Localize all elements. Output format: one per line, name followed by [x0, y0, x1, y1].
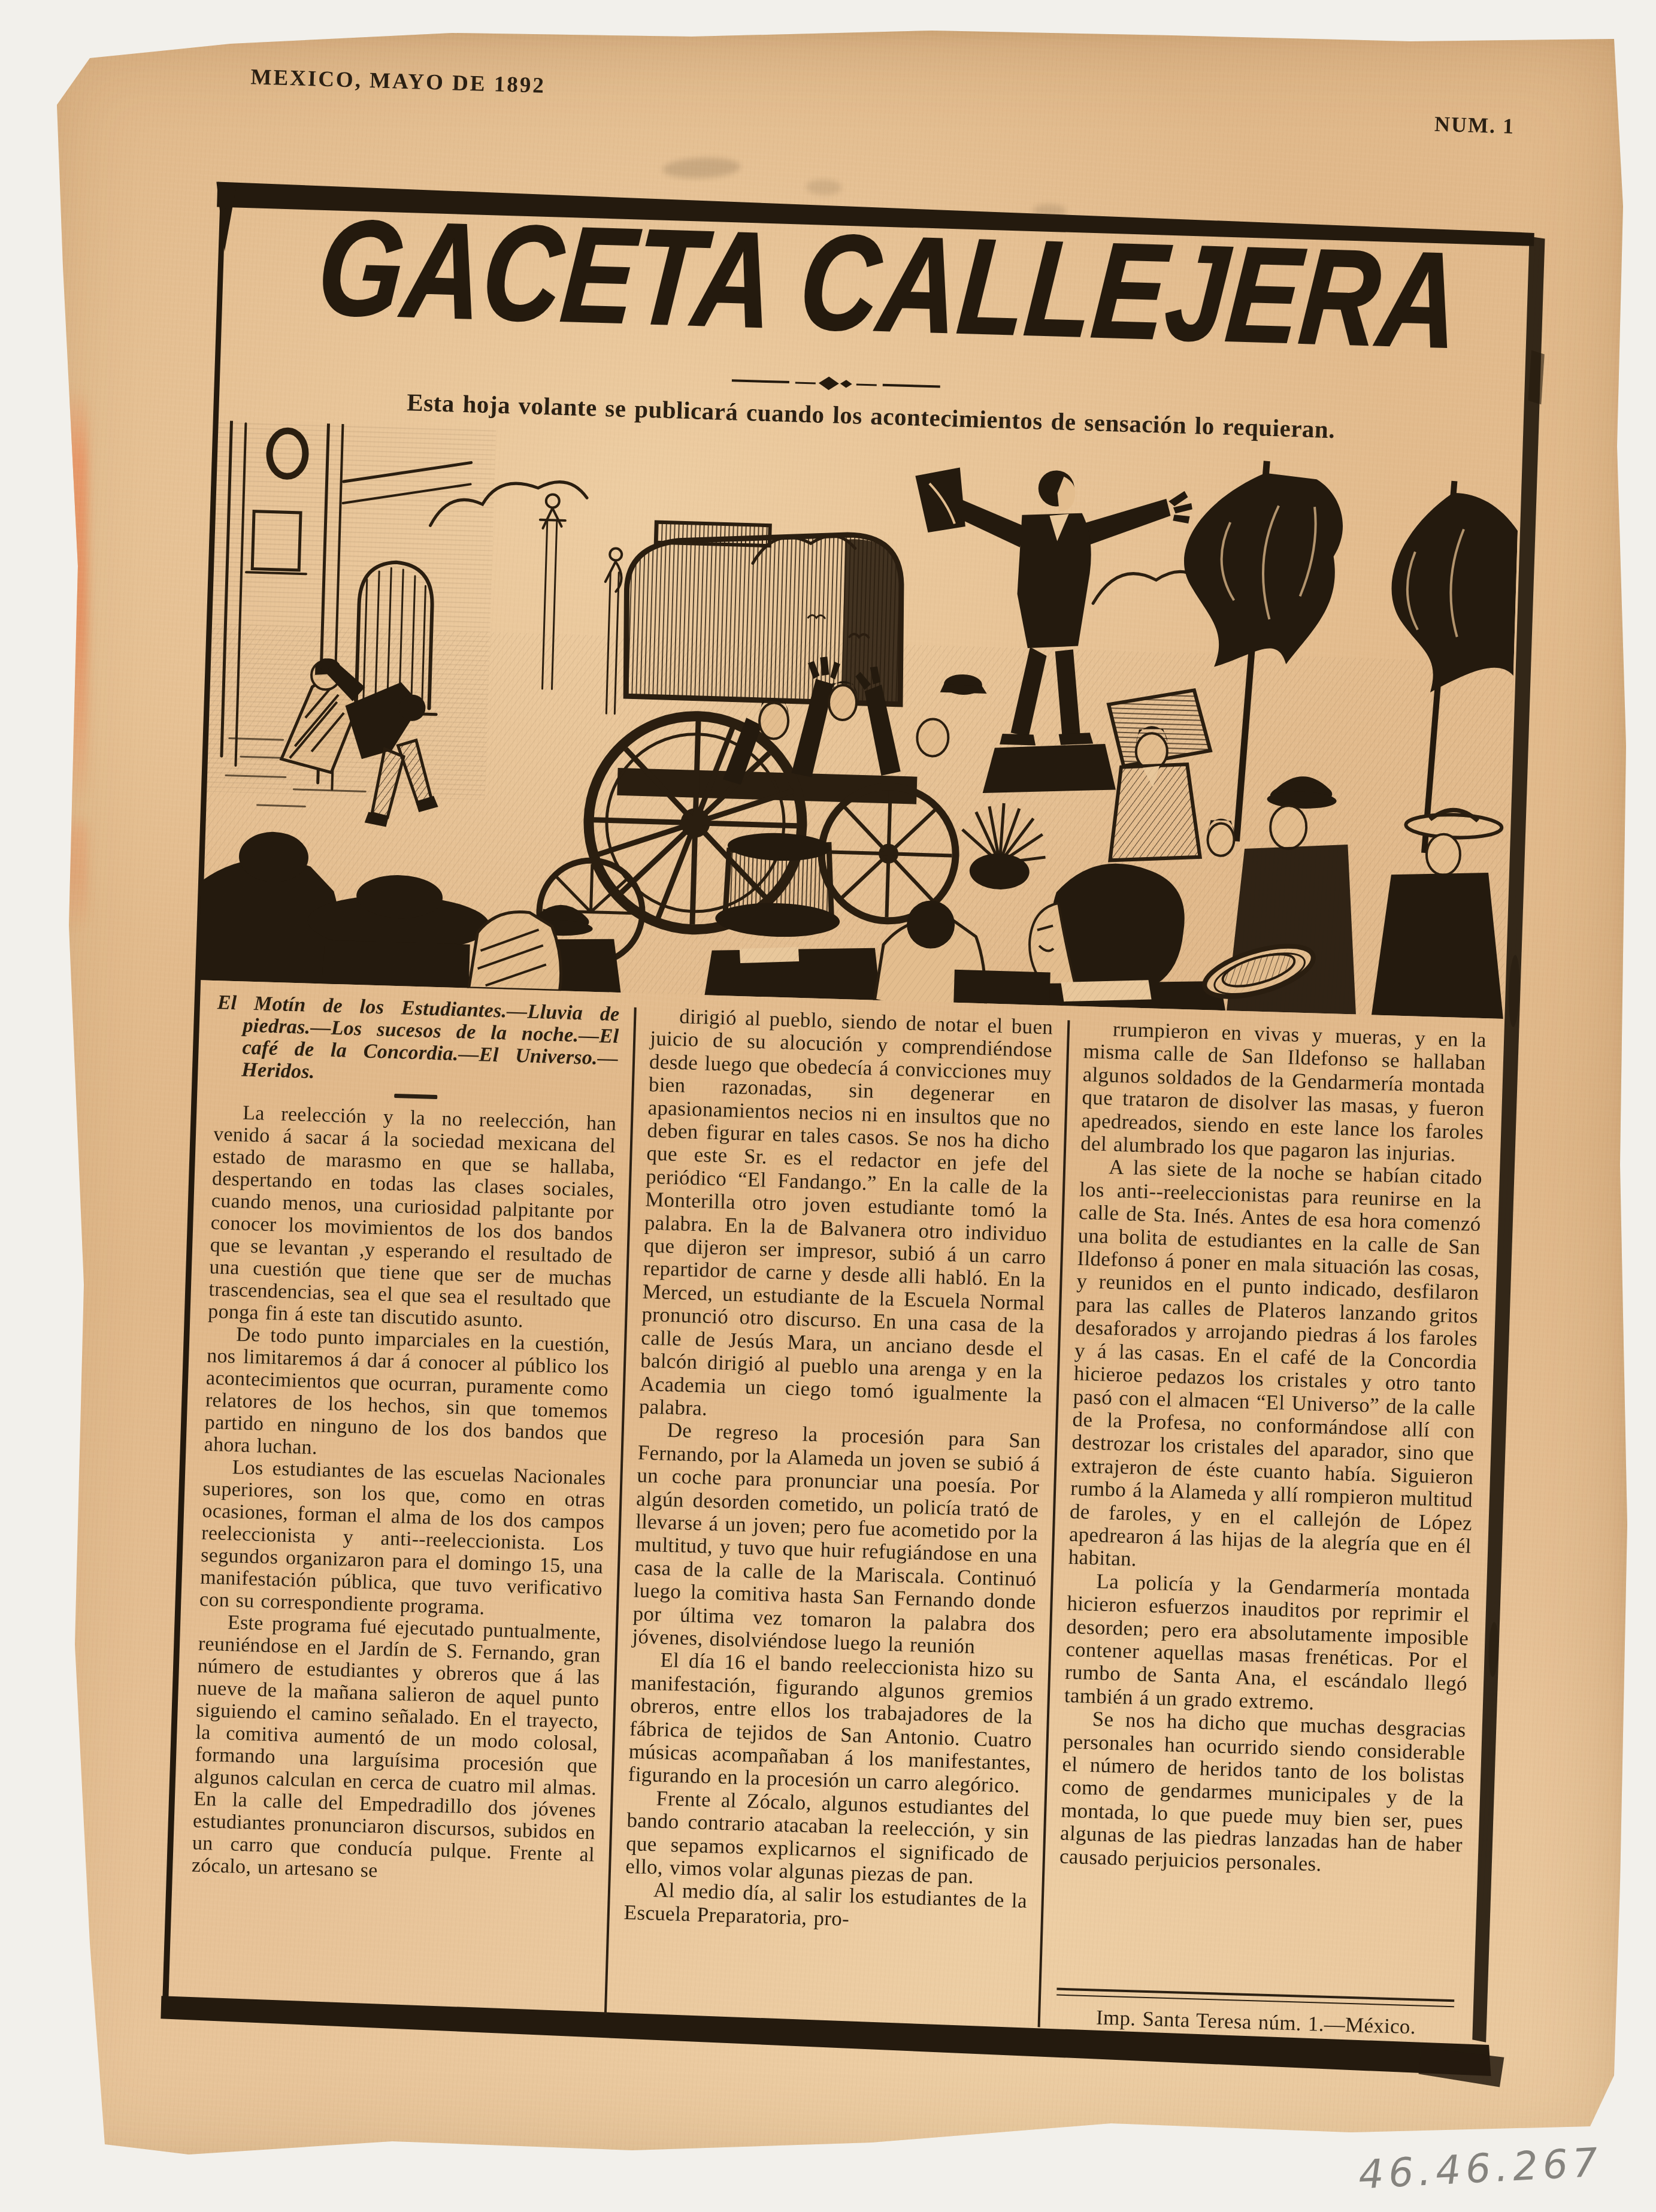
- imprint-rule: [1056, 1987, 1454, 2007]
- headline-divider: [394, 1094, 437, 1099]
- body-paragraph: A las siete de la noche se habían citado…: [1068, 1155, 1482, 1581]
- column-2: dirigió al pueblo, siendo de notar el bu…: [621, 1004, 1053, 2027]
- newspaper-title: GACETA CALLEJERA: [314, 199, 1437, 368]
- body-paragraph: dirigió al pueblo, siendo de notar el bu…: [638, 1004, 1053, 1430]
- body-paragraph: La policía y la Gendarmería montada hici…: [1064, 1569, 1470, 1719]
- body-paragraph: Los estudiantes de las escuelas Nacional…: [199, 1455, 606, 1623]
- body-paragraph: Se nos ha dicho que muchas desgracias pe…: [1059, 1707, 1466, 1880]
- body-paragraph: De todo punto imparciales en la cuestión…: [204, 1323, 610, 1467]
- body-paragraph: Frente al Zócalo, algunos estudiantes de…: [625, 1786, 1030, 1890]
- article-columns: El Motín de los Estudiantes.—Lluvia de p…: [187, 991, 1489, 2039]
- printed-impression: MEXICO, MAYO DE 1892 NUM. 1 GACETA CALLE…: [41, 50, 1588, 2166]
- riot-woodcut-illustration: [198, 420, 1520, 1019]
- body-paragraph: Este programa fué ejecutado puntualmente…: [191, 1611, 601, 1889]
- masthead-issue-number: NUM. 1: [1434, 111, 1515, 139]
- body-paragraph: rrumpieron en vivas y mueras, y en la mi…: [1080, 1017, 1487, 1167]
- article-headline: El Motín de los Estudiantes.—Lluvia de p…: [215, 991, 620, 1092]
- body-paragraph: La reelección y la no reelección, han ve…: [208, 1101, 617, 1335]
- body-paragraph: El día 16 el bando reeleccionista hizo s…: [628, 1648, 1034, 1798]
- body-paragraph: De regreso la procesión para San Fernand…: [632, 1418, 1041, 1660]
- column-1: El Motín de los Estudiantes.—Lluvia de p…: [187, 991, 620, 2014]
- matted-scan-background: MEXICO, MAYO DE 1892 NUM. 1 GACETA CALLE…: [0, 0, 1656, 2212]
- column-3: rrumpieron en vivas y mueras, y en la mi…: [1055, 1017, 1487, 2039]
